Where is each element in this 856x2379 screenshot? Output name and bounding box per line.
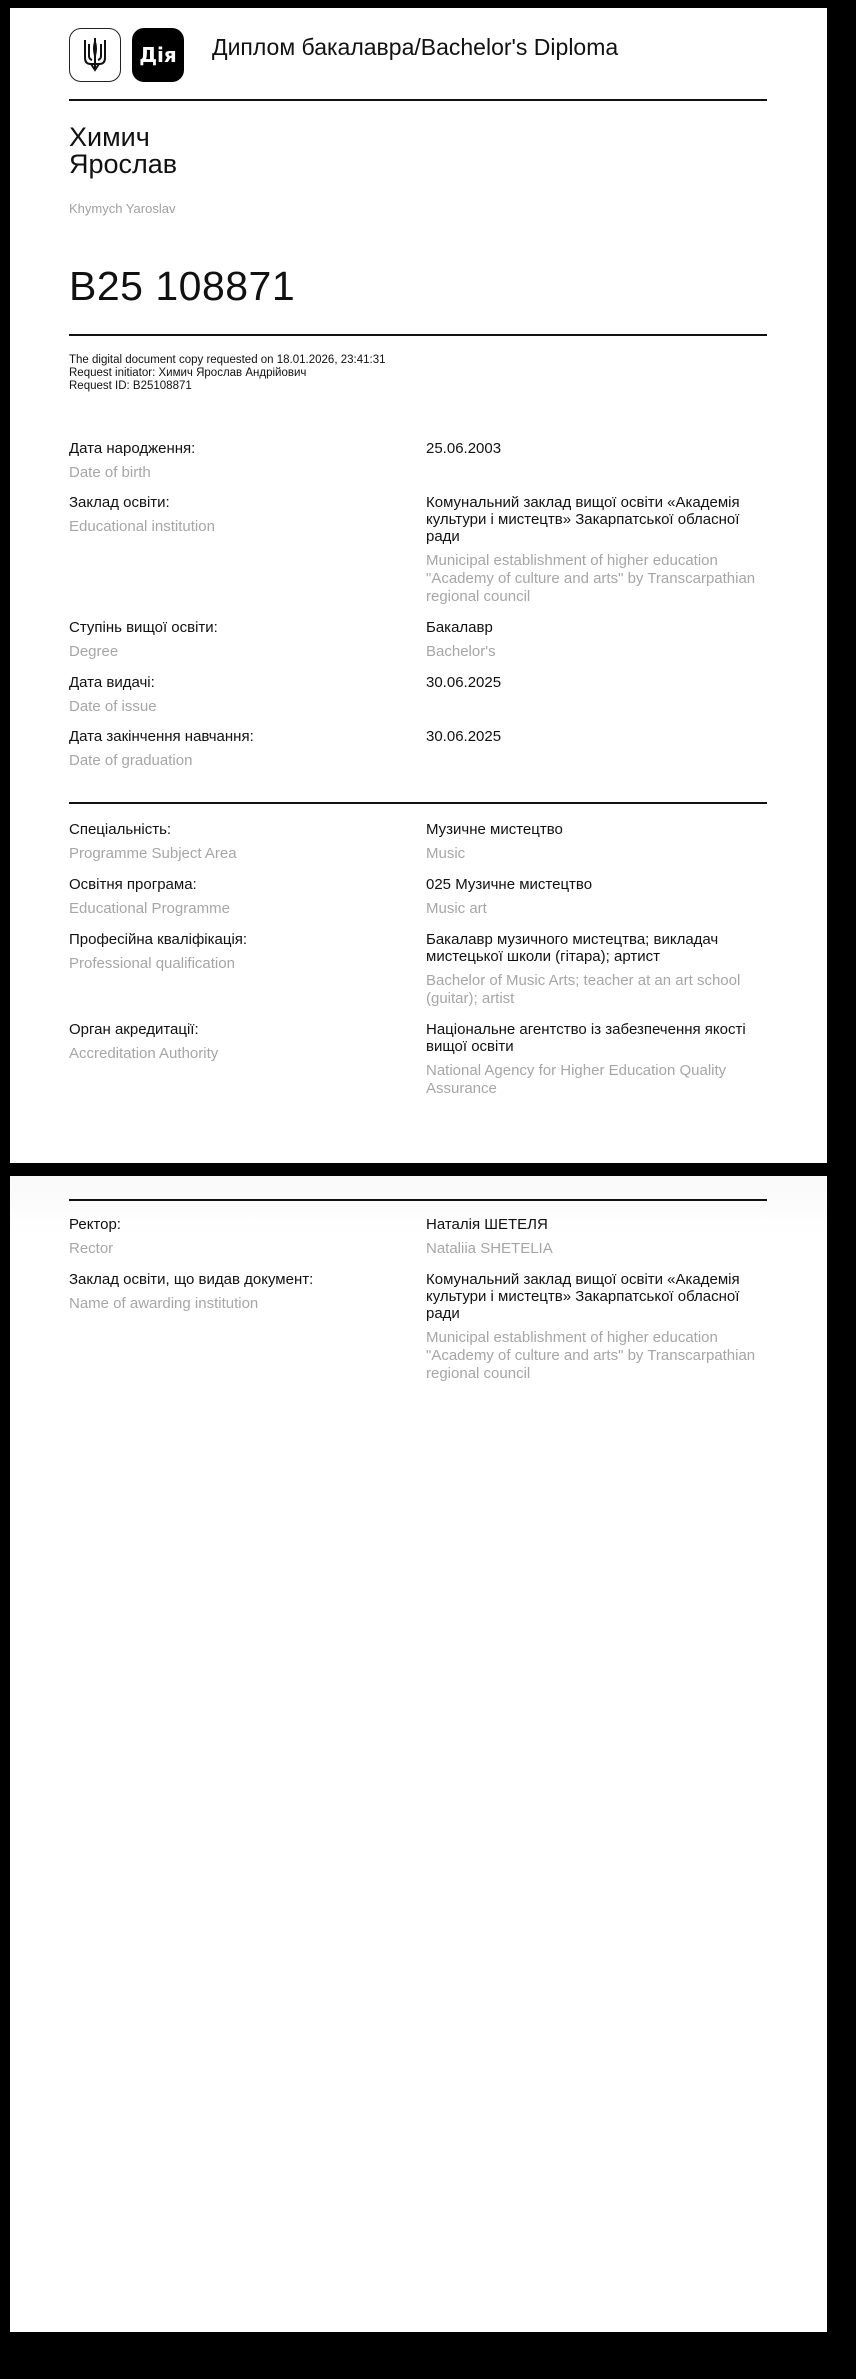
request-info: The digital document copy requested on 1… bbox=[69, 354, 385, 393]
field-label: Заклад освіти: bbox=[69, 494, 426, 511]
field-label: Ступінь вищої освіти: bbox=[69, 619, 426, 636]
field-label-en: Educational Programme bbox=[69, 900, 426, 917]
divider bbox=[69, 1199, 767, 1201]
field-label: Освітня програма: bbox=[69, 876, 426, 893]
field-row: Заклад освіти, що видав документ: Name o… bbox=[69, 1271, 767, 1383]
field-value-en: Music art bbox=[426, 900, 767, 918]
field-label: Ректор: bbox=[69, 1216, 426, 1233]
field-value-en: Bachelor's bbox=[426, 643, 767, 661]
field-row: Ступінь вищої освіти: Degree Бакалавр Ba… bbox=[69, 619, 767, 661]
field-label: Дата народження: bbox=[69, 440, 426, 457]
field-value-en: National Agency for Higher Education Qua… bbox=[426, 1062, 767, 1098]
diia-logo: Дія bbox=[132, 28, 184, 82]
field-value-col: Комунальний заклад вищої освіти «Академі… bbox=[426, 494, 767, 606]
document-number: B25 108871 bbox=[69, 263, 295, 310]
section-programme: Спеціальність: Programme Subject Area Му… bbox=[69, 821, 767, 1111]
field-label-col: Ректор: Rector bbox=[69, 1216, 426, 1258]
field-label-col: Спеціальність: Programme Subject Area bbox=[69, 821, 426, 863]
field-value: 025 Музичне мистецтво bbox=[426, 876, 767, 893]
field-value: Комунальний заклад вищої освіти «Академі… bbox=[426, 494, 767, 545]
field-row: Ректор: Rector Наталія ШЕТЕЛЯ Nataliia S… bbox=[69, 1216, 767, 1258]
field-value: 25.06.2003 bbox=[426, 440, 767, 457]
trident-icon bbox=[69, 28, 121, 82]
field-label-en: Degree bbox=[69, 643, 426, 660]
field-label-en: Educational institution bbox=[69, 518, 426, 535]
field-value-en: Bachelor of Music Arts; teacher at an ar… bbox=[426, 972, 767, 1008]
field-label-col: Ступінь вищої освіти: Degree bbox=[69, 619, 426, 661]
field-value: 30.06.2025 bbox=[426, 674, 767, 691]
field-label-en: Date of issue bbox=[69, 698, 426, 715]
field-value: Бакалавр bbox=[426, 619, 767, 636]
field-label-col: Дата видачі: Date of issue bbox=[69, 674, 426, 715]
request-date: The digital document copy requested on 1… bbox=[69, 354, 385, 367]
field-value-col: Бакалавр музичного мистецтва; викладач м… bbox=[426, 931, 767, 1008]
field-label-col: Дата закінчення навчання: Date of gradua… bbox=[69, 728, 426, 769]
field-value: Національне агентство із забезпечення як… bbox=[426, 1021, 767, 1055]
holder-surname: Химич bbox=[69, 124, 177, 151]
field-label-col: Дата народження: Date of birth bbox=[69, 440, 426, 481]
field-label-col: Освітня програма: Educational Programme bbox=[69, 876, 426, 918]
divider bbox=[69, 334, 767, 336]
field-value-en: Municipal establishment of higher educat… bbox=[426, 1329, 767, 1383]
field-label-en: Accreditation Authority bbox=[69, 1045, 426, 1062]
field-row: Дата видачі: Date of issue 30.06.2025 bbox=[69, 674, 767, 715]
field-label-col: Орган акредитації: Accreditation Authori… bbox=[69, 1021, 426, 1098]
field-value-en: Municipal establishment of higher educat… bbox=[426, 552, 767, 606]
field-row: Заклад освіти: Educational institution К… bbox=[69, 494, 767, 606]
field-label: Спеціальність: bbox=[69, 821, 426, 838]
field-value-col: Національне агентство із забезпечення як… bbox=[426, 1021, 767, 1098]
divider bbox=[69, 802, 767, 804]
holder-given-name: Ярослав bbox=[69, 151, 177, 178]
section-personal: Дата народження: Date of birth 25.06.200… bbox=[69, 440, 767, 782]
field-value-col: 025 Музичне мистецтво Music art bbox=[426, 876, 767, 918]
field-label-en: Programme Subject Area bbox=[69, 845, 426, 862]
field-row: Освітня програма: Educational Programme … bbox=[69, 876, 767, 918]
field-label-col: Професійна кваліфікація: Professional qu… bbox=[69, 931, 426, 1008]
field-label-en: Professional qualification bbox=[69, 955, 426, 972]
field-value: 30.06.2025 bbox=[426, 728, 767, 745]
field-value-en: Nataliia SHETELIA bbox=[426, 1240, 767, 1258]
request-id: Request ID: B25108871 bbox=[69, 380, 385, 393]
field-label: Професійна кваліфікація: bbox=[69, 931, 426, 948]
header-logos: Дія bbox=[69, 28, 184, 82]
field-label-en: Rector bbox=[69, 1240, 426, 1257]
section-issuer: Ректор: Rector Наталія ШЕТЕЛЯ Nataliia S… bbox=[69, 1216, 767, 1396]
field-label: Орган акредитації: bbox=[69, 1021, 426, 1038]
field-label: Дата закінчення навчання: bbox=[69, 728, 426, 745]
document-page-1: Дія Диплом бакалавра/Bachelor's Diploma … bbox=[10, 8, 827, 1163]
field-value-col: Комунальний заклад вищої освіти «Академі… bbox=[426, 1271, 767, 1383]
field-value-col: Наталія ШЕТЕЛЯ Nataliia SHETELIA bbox=[426, 1216, 767, 1258]
trident-icon-glyph bbox=[82, 36, 108, 74]
field-value-col: Бакалавр Bachelor's bbox=[426, 619, 767, 661]
field-label: Дата видачі: bbox=[69, 674, 426, 691]
field-value-en: Music bbox=[426, 845, 767, 863]
field-row: Спеціальність: Programme Subject Area Му… bbox=[69, 821, 767, 863]
document-page-2: Ректор: Rector Наталія ШЕТЕЛЯ Nataliia S… bbox=[10, 1176, 827, 2332]
field-label-col: Заклад освіти, що видав документ: Name o… bbox=[69, 1271, 426, 1383]
field-value: Наталія ШЕТЕЛЯ bbox=[426, 1216, 767, 1233]
field-label-col: Заклад освіти: Educational institution bbox=[69, 494, 426, 606]
field-value-col: 30.06.2025 bbox=[426, 728, 767, 769]
document-title: Диплом бакалавра/Bachelor's Diploma bbox=[212, 34, 618, 61]
holder-name-latin: Khymych Yaroslav bbox=[69, 201, 175, 216]
field-row: Дата закінчення навчання: Date of gradua… bbox=[69, 728, 767, 769]
field-value: Музичне мистецтво bbox=[426, 821, 767, 838]
field-label: Заклад освіти, що видав документ: bbox=[69, 1271, 426, 1288]
divider bbox=[69, 99, 767, 101]
field-label-en: Date of birth bbox=[69, 464, 426, 481]
field-value: Бакалавр музичного мистецтва; викладач м… bbox=[426, 931, 767, 965]
field-value-col: 25.06.2003 bbox=[426, 440, 767, 481]
field-value: Комунальний заклад вищої освіти «Академі… bbox=[426, 1271, 767, 1322]
field-value-col: Музичне мистецтво Music bbox=[426, 821, 767, 863]
request-initiator: Request initiator: Химич Ярослав Андрійо… bbox=[69, 367, 385, 380]
holder-name: Химич Ярослав bbox=[69, 124, 177, 178]
field-row: Орган акредитації: Accreditation Authori… bbox=[69, 1021, 767, 1098]
field-row: Професійна кваліфікація: Professional qu… bbox=[69, 931, 767, 1008]
field-label-en: Date of graduation bbox=[69, 752, 426, 769]
field-label-en: Name of awarding institution bbox=[69, 1295, 426, 1312]
field-value-col: 30.06.2025 bbox=[426, 674, 767, 715]
field-row: Дата народження: Date of birth 25.06.200… bbox=[69, 440, 767, 481]
